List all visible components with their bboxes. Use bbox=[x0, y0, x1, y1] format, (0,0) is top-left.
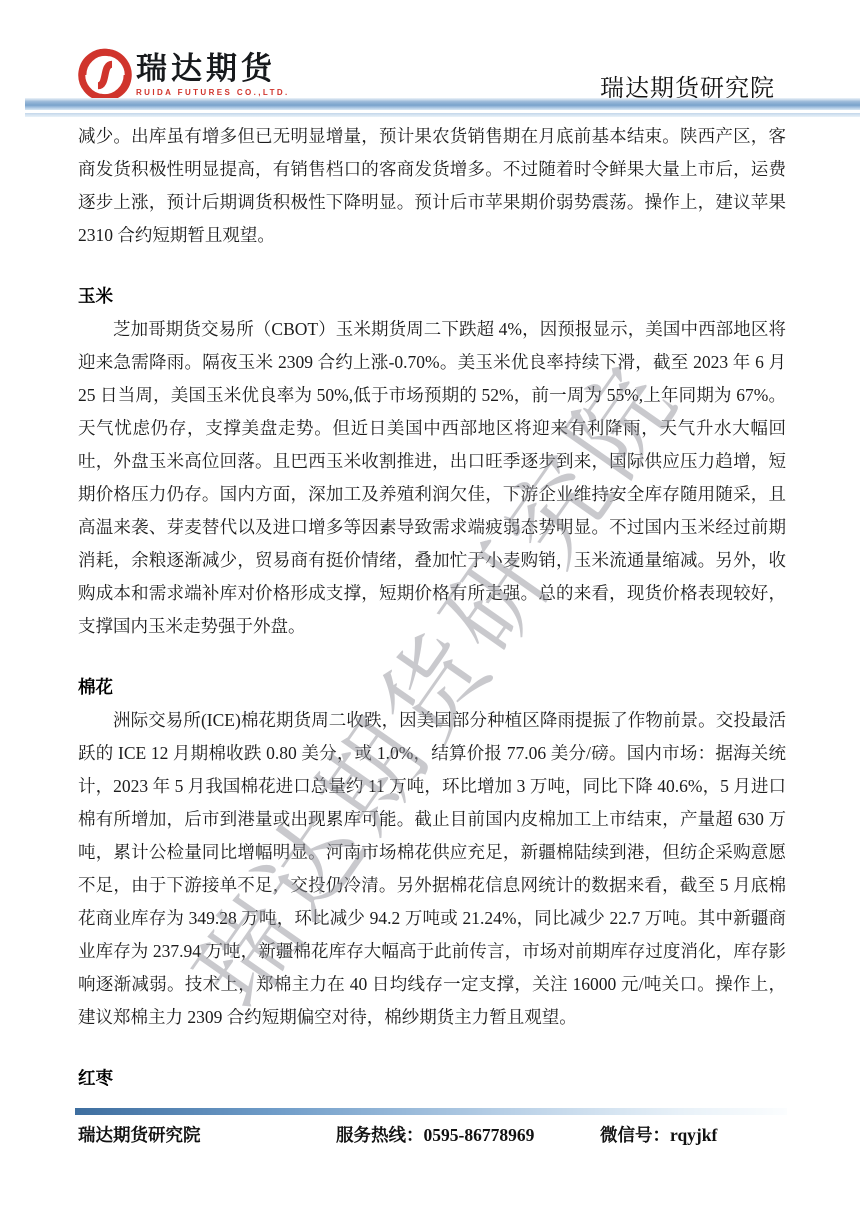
section-red-dates: 红枣 bbox=[78, 1062, 786, 1095]
footer: 瑞达期货研究院 服务热线：0595-86778969 微信号：rqyjkf bbox=[78, 1122, 786, 1152]
section-heading-red-dates: 红枣 bbox=[78, 1062, 786, 1095]
brand-tagline: RUIDA FUTURES CO.,LTD. bbox=[136, 88, 290, 97]
apple-paragraph-continuation: 减少。出库虽有增多但已无明显增量，预计果农货销售期在月底前基本结束。陕西产区，客… bbox=[78, 120, 786, 252]
footer-institute: 瑞达期货研究院 bbox=[78, 1122, 201, 1147]
report-page: 瑞达期货 RUIDA FUTURES CO.,LTD. 瑞达期货研究院 瑞达期货… bbox=[0, 0, 860, 1217]
section-heading-cotton: 棉花 bbox=[78, 671, 786, 704]
footer-hotline: 服务热线：0595-86778969 bbox=[336, 1122, 534, 1147]
brand-name: 瑞达期货 bbox=[136, 52, 290, 86]
footer-wechat: 微信号：rqyjkf bbox=[600, 1122, 717, 1147]
section-body-cotton: 洲际交易所(ICE)棉花期货周二收跌，因美国部分种植区降雨提振了作物前景。交投最… bbox=[78, 704, 786, 1034]
header-divider-bar bbox=[25, 98, 860, 110]
company-logo: 瑞达期货 RUIDA FUTURES CO.,LTD. bbox=[78, 48, 290, 102]
document-body: 减少。出库虽有增多但已无明显增量，预计果农货销售期在月底前基本结束。陕西产区，客… bbox=[78, 120, 786, 1095]
header: 瑞达期货 RUIDA FUTURES CO.,LTD. 瑞达期货研究院 bbox=[0, 0, 860, 120]
section-body-corn: 芝加哥期货交易所（CBOT）玉米期货周二下跌超 4%，因预报显示，美国中西部地区… bbox=[78, 313, 786, 643]
section-corn: 玉米 芝加哥期货交易所（CBOT）玉米期货周二下跌超 4%，因预报显示，美国中西… bbox=[78, 280, 786, 643]
ruida-swirl-icon bbox=[78, 48, 132, 102]
footer-divider-bar bbox=[75, 1108, 787, 1115]
logo-text-block: 瑞达期货 RUIDA FUTURES CO.,LTD. bbox=[136, 48, 290, 97]
header-divider-thin-line bbox=[25, 113, 860, 117]
section-heading-corn: 玉米 bbox=[78, 280, 786, 313]
section-cotton: 棉花 洲际交易所(ICE)棉花期货周二收跌，因美国部分种植区降雨提振了作物前景。… bbox=[78, 671, 786, 1034]
